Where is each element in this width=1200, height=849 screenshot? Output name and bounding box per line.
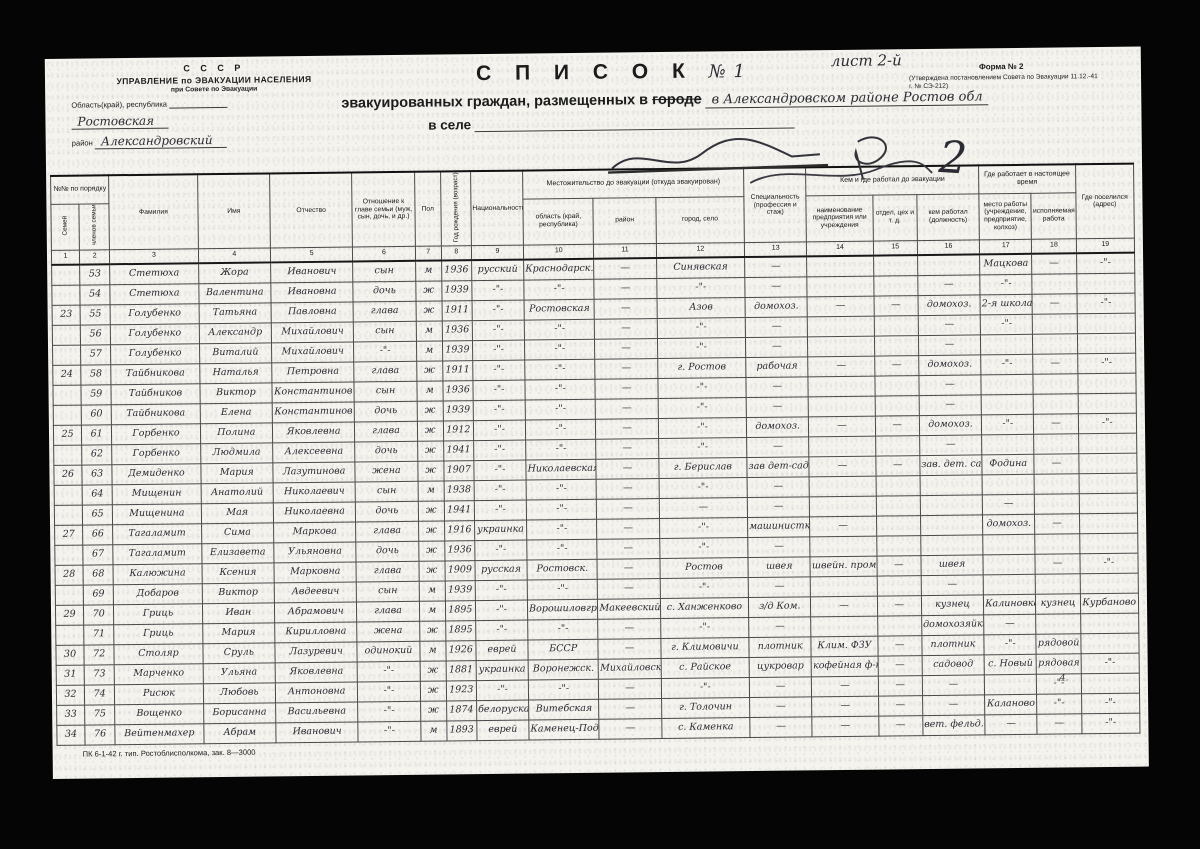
cell <box>52 285 80 305</box>
cell: Иванович <box>271 261 354 282</box>
cell: -"- <box>528 679 599 700</box>
form-reference: лист 2-й Форма № 2 (Утверждена постановл… <box>811 49 1111 52</box>
col-job-now: исполняемая работа <box>1031 192 1076 239</box>
cell: 28 <box>55 565 83 585</box>
cell: -"- <box>526 479 597 500</box>
cell: 1936 <box>442 321 472 341</box>
cell: -"- <box>657 337 746 358</box>
cell: зав дет-садом <box>747 457 810 478</box>
cell: 2-я школа <box>980 294 1032 315</box>
cell: — <box>747 437 810 458</box>
cell: — <box>1035 514 1079 535</box>
cell: — <box>595 358 658 379</box>
cell: Демиденко <box>112 464 201 485</box>
cell: Ксения <box>202 563 275 584</box>
cell: — <box>750 697 813 718</box>
cell: -"- <box>476 620 528 641</box>
cell: -"- <box>475 600 527 621</box>
cell: -"- <box>473 360 525 381</box>
scanner-background: С С С Р УПРАВЛЕНИЕ по ЭВАКУАЦИИ НАСЕЛЕНИ… <box>0 0 1200 849</box>
cell: ж <box>420 661 446 681</box>
cell: Валентина <box>198 283 271 304</box>
cell: — <box>596 478 659 499</box>
cell: — <box>750 717 813 738</box>
group-residence: Местожительство до эвакуации (откуда эва… <box>523 168 744 199</box>
cell <box>1078 393 1137 414</box>
col-birthyear-label: Год рождения (возраст) <box>452 172 460 242</box>
district-line: район Александровский <box>72 131 358 149</box>
title-line2: в селе <box>341 113 881 134</box>
cell: г. Берислав <box>659 457 748 478</box>
cell: Константинов <box>272 402 355 423</box>
column-number: 7 <box>415 246 441 261</box>
cell: м <box>419 581 445 601</box>
cell: г. Климовичи <box>661 637 750 658</box>
cell: Клим. ФЗУ <box>811 636 878 657</box>
cell: 74 <box>84 685 114 705</box>
cell: м <box>415 260 441 281</box>
cell: — <box>1033 354 1077 374</box>
cell <box>981 334 1033 355</box>
cell <box>877 616 921 637</box>
cell: 73 <box>84 665 114 685</box>
cell: 32 <box>56 685 84 705</box>
cell: глава <box>353 301 416 322</box>
col-family-no: Семей <box>51 204 80 251</box>
cell <box>54 485 82 505</box>
cell: Голубенко <box>111 324 200 345</box>
cell: -"- <box>657 317 746 338</box>
cell: глава <box>355 421 418 442</box>
cell: — <box>808 356 875 377</box>
cell: домохоз. <box>983 514 1035 535</box>
cell <box>56 625 84 645</box>
cell: еврей <box>476 640 528 661</box>
cell: 1912 <box>443 421 473 441</box>
col-family-no-label: Семей <box>61 216 69 236</box>
cell: ж <box>417 441 443 461</box>
cell: — <box>595 338 658 359</box>
cell: — <box>922 675 985 696</box>
cell: кузнец <box>921 595 984 616</box>
cell: -"- <box>527 539 598 560</box>
cell: Александр <box>199 323 272 344</box>
cell: Горбенко <box>112 444 201 465</box>
cell: 63 <box>82 465 112 485</box>
cell <box>1077 373 1136 394</box>
cell <box>1080 633 1139 654</box>
cell <box>983 554 1035 575</box>
cell: — <box>597 518 660 539</box>
cell: сын <box>355 481 418 502</box>
cell: м <box>420 641 446 661</box>
column-number: 2 <box>80 250 110 265</box>
cell: рядовая <box>1036 654 1080 675</box>
cell <box>983 534 1035 555</box>
cell <box>873 255 917 276</box>
cell: Голубенко <box>111 344 200 365</box>
col-relation: Отношение к главе семьи (муж, сын, дочь,… <box>352 172 415 247</box>
column-number: 10 <box>524 244 594 259</box>
cell: Алексеевна <box>273 442 356 463</box>
cell: — <box>748 577 811 598</box>
col-city: город, село <box>656 196 745 243</box>
cell: -"- <box>472 300 524 321</box>
cell: с. Райское <box>661 657 750 678</box>
cell: — <box>599 678 662 699</box>
cell <box>1076 273 1135 294</box>
cell: сын <box>354 321 417 342</box>
cell: -"- <box>475 580 527 601</box>
cell: украинка <box>474 520 526 541</box>
cell <box>1032 274 1076 295</box>
cell <box>808 376 875 397</box>
column-number: 18 <box>1032 239 1076 254</box>
cell: — <box>918 335 981 356</box>
cell: — <box>918 275 981 296</box>
cell: Михайловский <box>599 658 662 679</box>
form-number: Форма № 2 <box>979 62 1024 72</box>
cell <box>1035 494 1079 515</box>
cell: — <box>877 596 921 617</box>
cell: -"- <box>658 417 747 438</box>
cell: -"- <box>1077 293 1136 314</box>
col-patronymic: Отчество <box>270 173 353 248</box>
cell: ж <box>418 521 444 541</box>
cell: — <box>985 714 1037 735</box>
cell: 24 <box>53 365 81 385</box>
cell: — <box>594 278 657 299</box>
cell: сын <box>354 381 417 402</box>
cell: — <box>878 656 922 677</box>
cell: Николаевская <box>526 459 597 480</box>
cell: 1911 <box>442 301 472 321</box>
cell: Мария <box>202 623 275 644</box>
cell: -"- <box>473 400 525 421</box>
cell: Петровна <box>272 362 355 383</box>
cell: 58 <box>81 365 111 385</box>
cell: — <box>878 675 922 696</box>
cell: -"- <box>1037 694 1081 715</box>
cell: 30 <box>56 645 84 665</box>
cell: 1939 <box>442 341 472 361</box>
cell: Павловна <box>271 302 354 323</box>
cell: жена <box>355 461 418 482</box>
cell: швейн. пром <box>810 556 877 577</box>
col-enterprise: наименование предприятия или учреждения <box>806 195 873 242</box>
village-label: в селе <box>428 117 471 132</box>
cell: Авдеевич <box>274 582 357 603</box>
column-number: 13 <box>744 242 806 257</box>
cell: — <box>596 438 659 459</box>
cell <box>53 345 81 365</box>
cell: Добаров <box>113 584 202 605</box>
district-label: район <box>72 138 93 147</box>
cell: глава <box>357 601 420 622</box>
cell: Воронежск. <box>528 659 599 680</box>
cell: сын <box>357 581 420 602</box>
cell: — <box>746 337 809 358</box>
cell: 1911 <box>442 361 472 381</box>
cell: 29 <box>55 605 83 625</box>
document-title: С П И С О К № 1 эвакуированных граждан, … <box>341 58 882 134</box>
cell: Витебская <box>529 699 600 720</box>
cell: Столяр <box>114 644 203 665</box>
cell: Васильевна <box>276 702 359 723</box>
cell <box>809 476 876 497</box>
col-sex: Пол <box>414 172 441 247</box>
col-member-no: членов семьи <box>79 203 110 250</box>
cell <box>811 616 878 637</box>
cell: швея <box>921 555 984 576</box>
cell: -"- <box>658 437 747 458</box>
cell: м <box>416 341 442 361</box>
cell: -"- <box>1077 353 1136 374</box>
cell: — <box>807 296 874 317</box>
cell: домохоз. <box>919 415 982 436</box>
cell: 23 <box>52 305 80 325</box>
col-department: отдел, цех и т. д. <box>873 194 918 241</box>
cell: Стетюха <box>110 263 199 285</box>
col-birthyear: Год рождения (возраст) <box>440 171 471 246</box>
cell: Калюжина <box>113 564 202 585</box>
scanned-page: С С С Р УПРАВЛЕНИЕ по ЭВАКУАЦИИ НАСЕЛЕНИ… <box>45 47 1149 779</box>
cell <box>920 475 983 496</box>
cell: — <box>596 398 659 419</box>
cell: Тайбникова <box>111 404 200 425</box>
cell: Гриць <box>114 604 203 625</box>
cell: 1941 <box>444 501 474 521</box>
cell <box>55 545 83 565</box>
cell: г. Толочин <box>661 697 750 718</box>
cell: еврей <box>477 720 529 741</box>
cell: — <box>598 618 661 639</box>
cell: Елена <box>200 403 273 424</box>
title-line1: эвакуированных граждан, размещенных в го… <box>341 90 881 112</box>
cell: -"- <box>525 379 596 400</box>
cell: Виталий <box>199 343 272 364</box>
cell <box>981 394 1033 415</box>
cell: 1939 <box>442 281 472 301</box>
cell: 72 <box>84 645 114 665</box>
column-number: 8 <box>441 246 471 261</box>
col-address: Где поселился (адрес) <box>1075 164 1134 239</box>
cell: — <box>598 638 661 659</box>
cell: — <box>812 716 879 737</box>
cell: рабочая <box>746 357 809 378</box>
column-number: 4 <box>198 248 270 263</box>
cell: дочь <box>356 501 419 522</box>
cell: -"- <box>1081 653 1140 674</box>
cell: плотник <box>922 635 985 656</box>
cell: 62 <box>82 445 112 465</box>
group-work-now: Где работает в настоящее время <box>979 164 1076 193</box>
table-body: 53СтетюхаЖораИвановичсынм1936русскийКрас… <box>52 253 1140 746</box>
cell: -"- <box>524 319 595 340</box>
cell: ж <box>420 701 446 721</box>
col-position: кем работал (должность) <box>917 194 980 241</box>
cell <box>53 405 81 425</box>
cell: Ворошиловградск. <box>528 599 599 620</box>
cell: Макеевский <box>598 598 661 619</box>
cell: — <box>809 416 876 437</box>
cell: -"- <box>659 477 748 498</box>
title-main: С П И С О К № 1 <box>341 58 881 88</box>
cell <box>982 434 1034 455</box>
cell: швея <box>748 557 811 578</box>
cell: — <box>1035 554 1079 575</box>
cell: — <box>746 377 809 398</box>
cell <box>876 476 920 497</box>
col-surname: Фамилия <box>109 174 198 249</box>
cell: -"- <box>473 380 525 401</box>
title-text: С П И С О К <box>476 60 694 85</box>
cell: — <box>1032 294 1076 315</box>
cell: Тайбникова <box>111 364 200 385</box>
cell: Михайлович <box>271 342 354 363</box>
cell: домохоз. <box>745 297 808 318</box>
cell: -"- <box>475 540 527 561</box>
cell: г. Ростов <box>657 357 746 378</box>
title-line1-printed: эвакуированных граждан, размещенных в <box>341 92 648 111</box>
region-handwritten: Ростовская <box>71 114 168 130</box>
cell: — <box>811 596 878 617</box>
cell: -"- <box>474 500 526 521</box>
cell: ж <box>420 681 446 701</box>
cell: дочь <box>356 541 419 562</box>
cell: ж <box>416 301 442 321</box>
cell: Гриць <box>114 624 203 645</box>
cell: — <box>982 494 1034 515</box>
cell: Горбенко <box>112 424 201 445</box>
cell: -"- <box>1081 693 1140 714</box>
cell: ж <box>419 561 445 581</box>
cell: глава <box>356 561 419 582</box>
cell: -"- <box>527 579 598 600</box>
cell: — <box>874 356 918 376</box>
cell: 1926 <box>446 641 476 661</box>
cell <box>983 574 1035 595</box>
cell: -"- <box>659 537 748 558</box>
cell <box>53 385 81 405</box>
col-specialty: Специальность (профессия и стаж) <box>744 167 807 242</box>
cell: -"- <box>358 681 421 702</box>
cell: 1936 <box>445 541 475 561</box>
cell: — <box>919 435 982 456</box>
cell <box>1079 513 1138 534</box>
cell: — <box>1034 414 1078 435</box>
column-number: 19 <box>1076 238 1135 253</box>
cell: Иван <box>202 603 275 624</box>
cell: Иванович <box>276 722 359 743</box>
cell: с. Новый <box>984 654 1036 675</box>
cell: — <box>597 558 660 579</box>
cell <box>810 496 877 517</box>
cell: 67 <box>83 545 113 565</box>
cell <box>54 505 82 525</box>
cell: Ульяновна <box>274 542 357 563</box>
cell: -"- <box>1081 713 1140 734</box>
cell: 1916 <box>444 521 474 541</box>
cell: Кирилловна <box>275 622 358 643</box>
cell: Тагаламит <box>113 544 202 565</box>
cell: Калиновка <box>984 594 1036 615</box>
cell <box>1036 614 1080 635</box>
cell: 69 <box>83 585 113 605</box>
cell: 1938 <box>444 481 474 501</box>
cell: -"- <box>980 274 1032 295</box>
cell <box>875 396 919 417</box>
blank-line <box>169 98 227 109</box>
cell: Лазуревич <box>275 642 358 663</box>
cell: — <box>922 695 985 716</box>
cell: Вейтенмахер <box>115 724 204 745</box>
cell: 1936 <box>441 260 471 281</box>
cell: — <box>812 676 879 697</box>
cell: Абрамович <box>274 602 357 623</box>
cell <box>1078 453 1137 474</box>
cell: -"- <box>659 517 748 538</box>
column-number: 9 <box>471 245 523 260</box>
column-number: 6 <box>353 246 415 261</box>
cell: -"- <box>474 480 526 501</box>
cell: Синявская <box>656 257 745 279</box>
cell <box>1079 493 1138 514</box>
cell <box>1034 474 1078 494</box>
cell: 65 <box>82 505 112 525</box>
cell: Голубенко <box>110 304 199 325</box>
cell: ж <box>415 281 441 301</box>
cell: -"- <box>473 440 525 461</box>
cell: — <box>747 497 810 518</box>
cell: — <box>809 456 876 477</box>
cell: белоруска <box>476 700 528 721</box>
cell: Сима <box>201 523 274 544</box>
cell: -"- <box>525 339 596 360</box>
cell: 1923 <box>446 681 476 701</box>
cell <box>1033 374 1077 394</box>
cell <box>876 516 920 537</box>
cell: -"- <box>357 661 420 682</box>
cell <box>809 396 876 417</box>
cell: Марченко <box>114 664 203 685</box>
group-order: №№ по порядку <box>51 175 110 204</box>
cell: Ивановна <box>271 282 354 303</box>
cell: — <box>875 456 919 476</box>
cell: — <box>918 315 981 336</box>
cell: 1874 <box>446 701 476 721</box>
cell: — <box>595 318 658 339</box>
cell <box>875 376 919 397</box>
column-number: 11 <box>594 243 656 258</box>
village-blank-line <box>475 118 795 132</box>
cell: домохоз. <box>918 295 981 316</box>
cell: 1939 <box>443 401 473 421</box>
cell: 1881 <box>446 661 476 681</box>
cell: — <box>659 497 748 518</box>
margin-mark-handwritten: 4. <box>1060 673 1069 683</box>
cell: 33 <box>57 705 85 725</box>
cell <box>1079 533 1138 554</box>
cell: Любовь <box>203 683 276 704</box>
cell: Виктор <box>200 383 273 404</box>
cell: одинокий <box>357 641 420 662</box>
cell: 61 <box>82 425 112 445</box>
cell <box>1077 333 1136 354</box>
cell <box>1081 673 1140 694</box>
cell: рядовой <box>1036 634 1080 655</box>
cell: -"- <box>473 420 525 441</box>
